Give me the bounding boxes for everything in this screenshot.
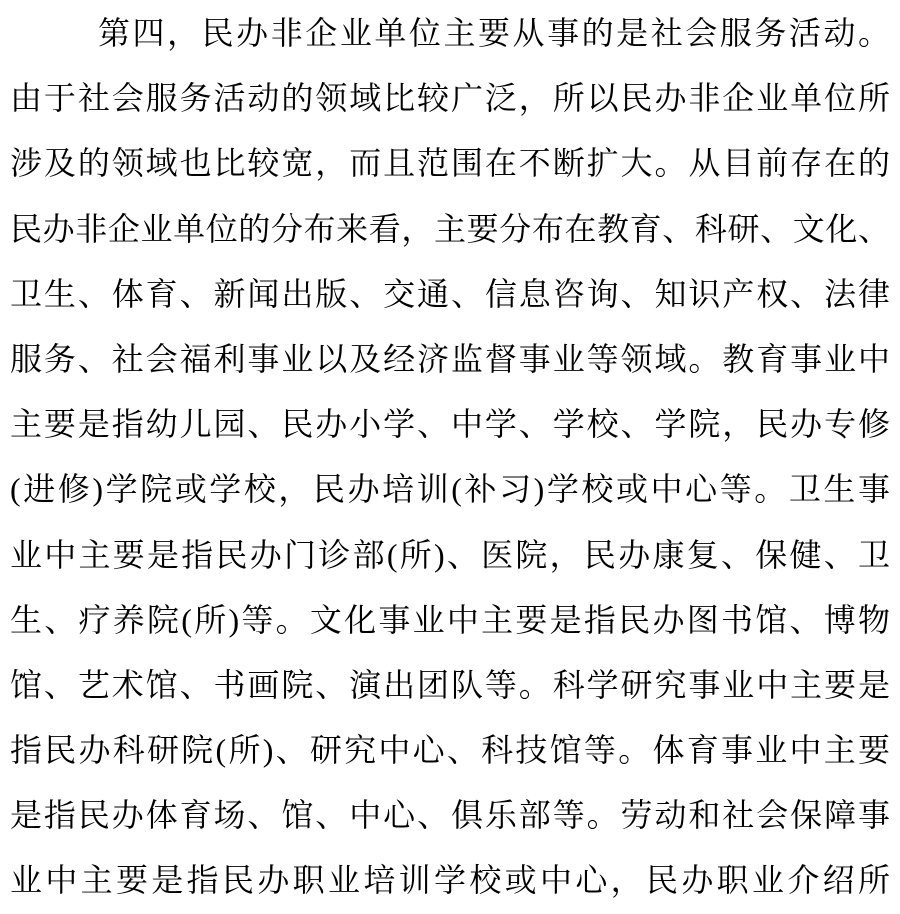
paragraph-line: 是指民办体育场、馆、中心、俱乐部等。劳动和社会保障事: [10, 783, 890, 848]
paragraph: 第四，民办非企业单位主要从事的是社会服务活动。 由于社会服务活动的领域比较广泛，…: [10, 1, 890, 914]
paragraph-line: 涉及的领域也比较宽，而且范围在不断扩大。从目前存在的: [10, 131, 890, 196]
paragraph-line: 第四，民办非企业单位主要从事的是社会服务活动。: [10, 1, 890, 66]
paragraph-line: 指民办科研院(所)、研究中心、科技馆等。体育事业中主要: [10, 718, 890, 783]
paragraph-line: 业中主要是指民办门诊部(所)、医院，民办康复、保健、卫: [10, 523, 890, 588]
paragraph-line: 民办非企业单位的分布来看，主要分布在教育、科研、文化、: [10, 197, 890, 262]
paragraph-line: 生、疗养院(所)等。文化事业中主要是指民办图书馆、博物: [10, 588, 890, 653]
paragraph-line: 馆、艺术馆、书画院、演出团队等。科学研究事业中主要是: [10, 653, 890, 718]
paragraph-line: 卫生、体育、新闻出版、交通、信息咨询、知识产权、法律: [10, 262, 890, 327]
paragraph-line: 主要是指幼儿园、民办小学、中学、学校、学院，民办专修: [10, 392, 890, 457]
paragraph-line: 服务、社会福利事业以及经济监督事业等领域。教育事业中: [10, 327, 890, 392]
paragraph-line: (进修)学院或学校，民办培训(补习)学校或中心等。卫生事: [10, 457, 890, 522]
paragraph-line: 业中主要是指民办职业培训学校或中心，民办职业介绍所: [10, 848, 890, 913]
paragraph-line: 由于社会服务活动的领域比较广泛，所以民办非企业单位所: [10, 66, 890, 131]
document-page: 第四，民办非企业单位主要从事的是社会服务活动。 由于社会服务活动的领域比较广泛，…: [0, 0, 900, 914]
